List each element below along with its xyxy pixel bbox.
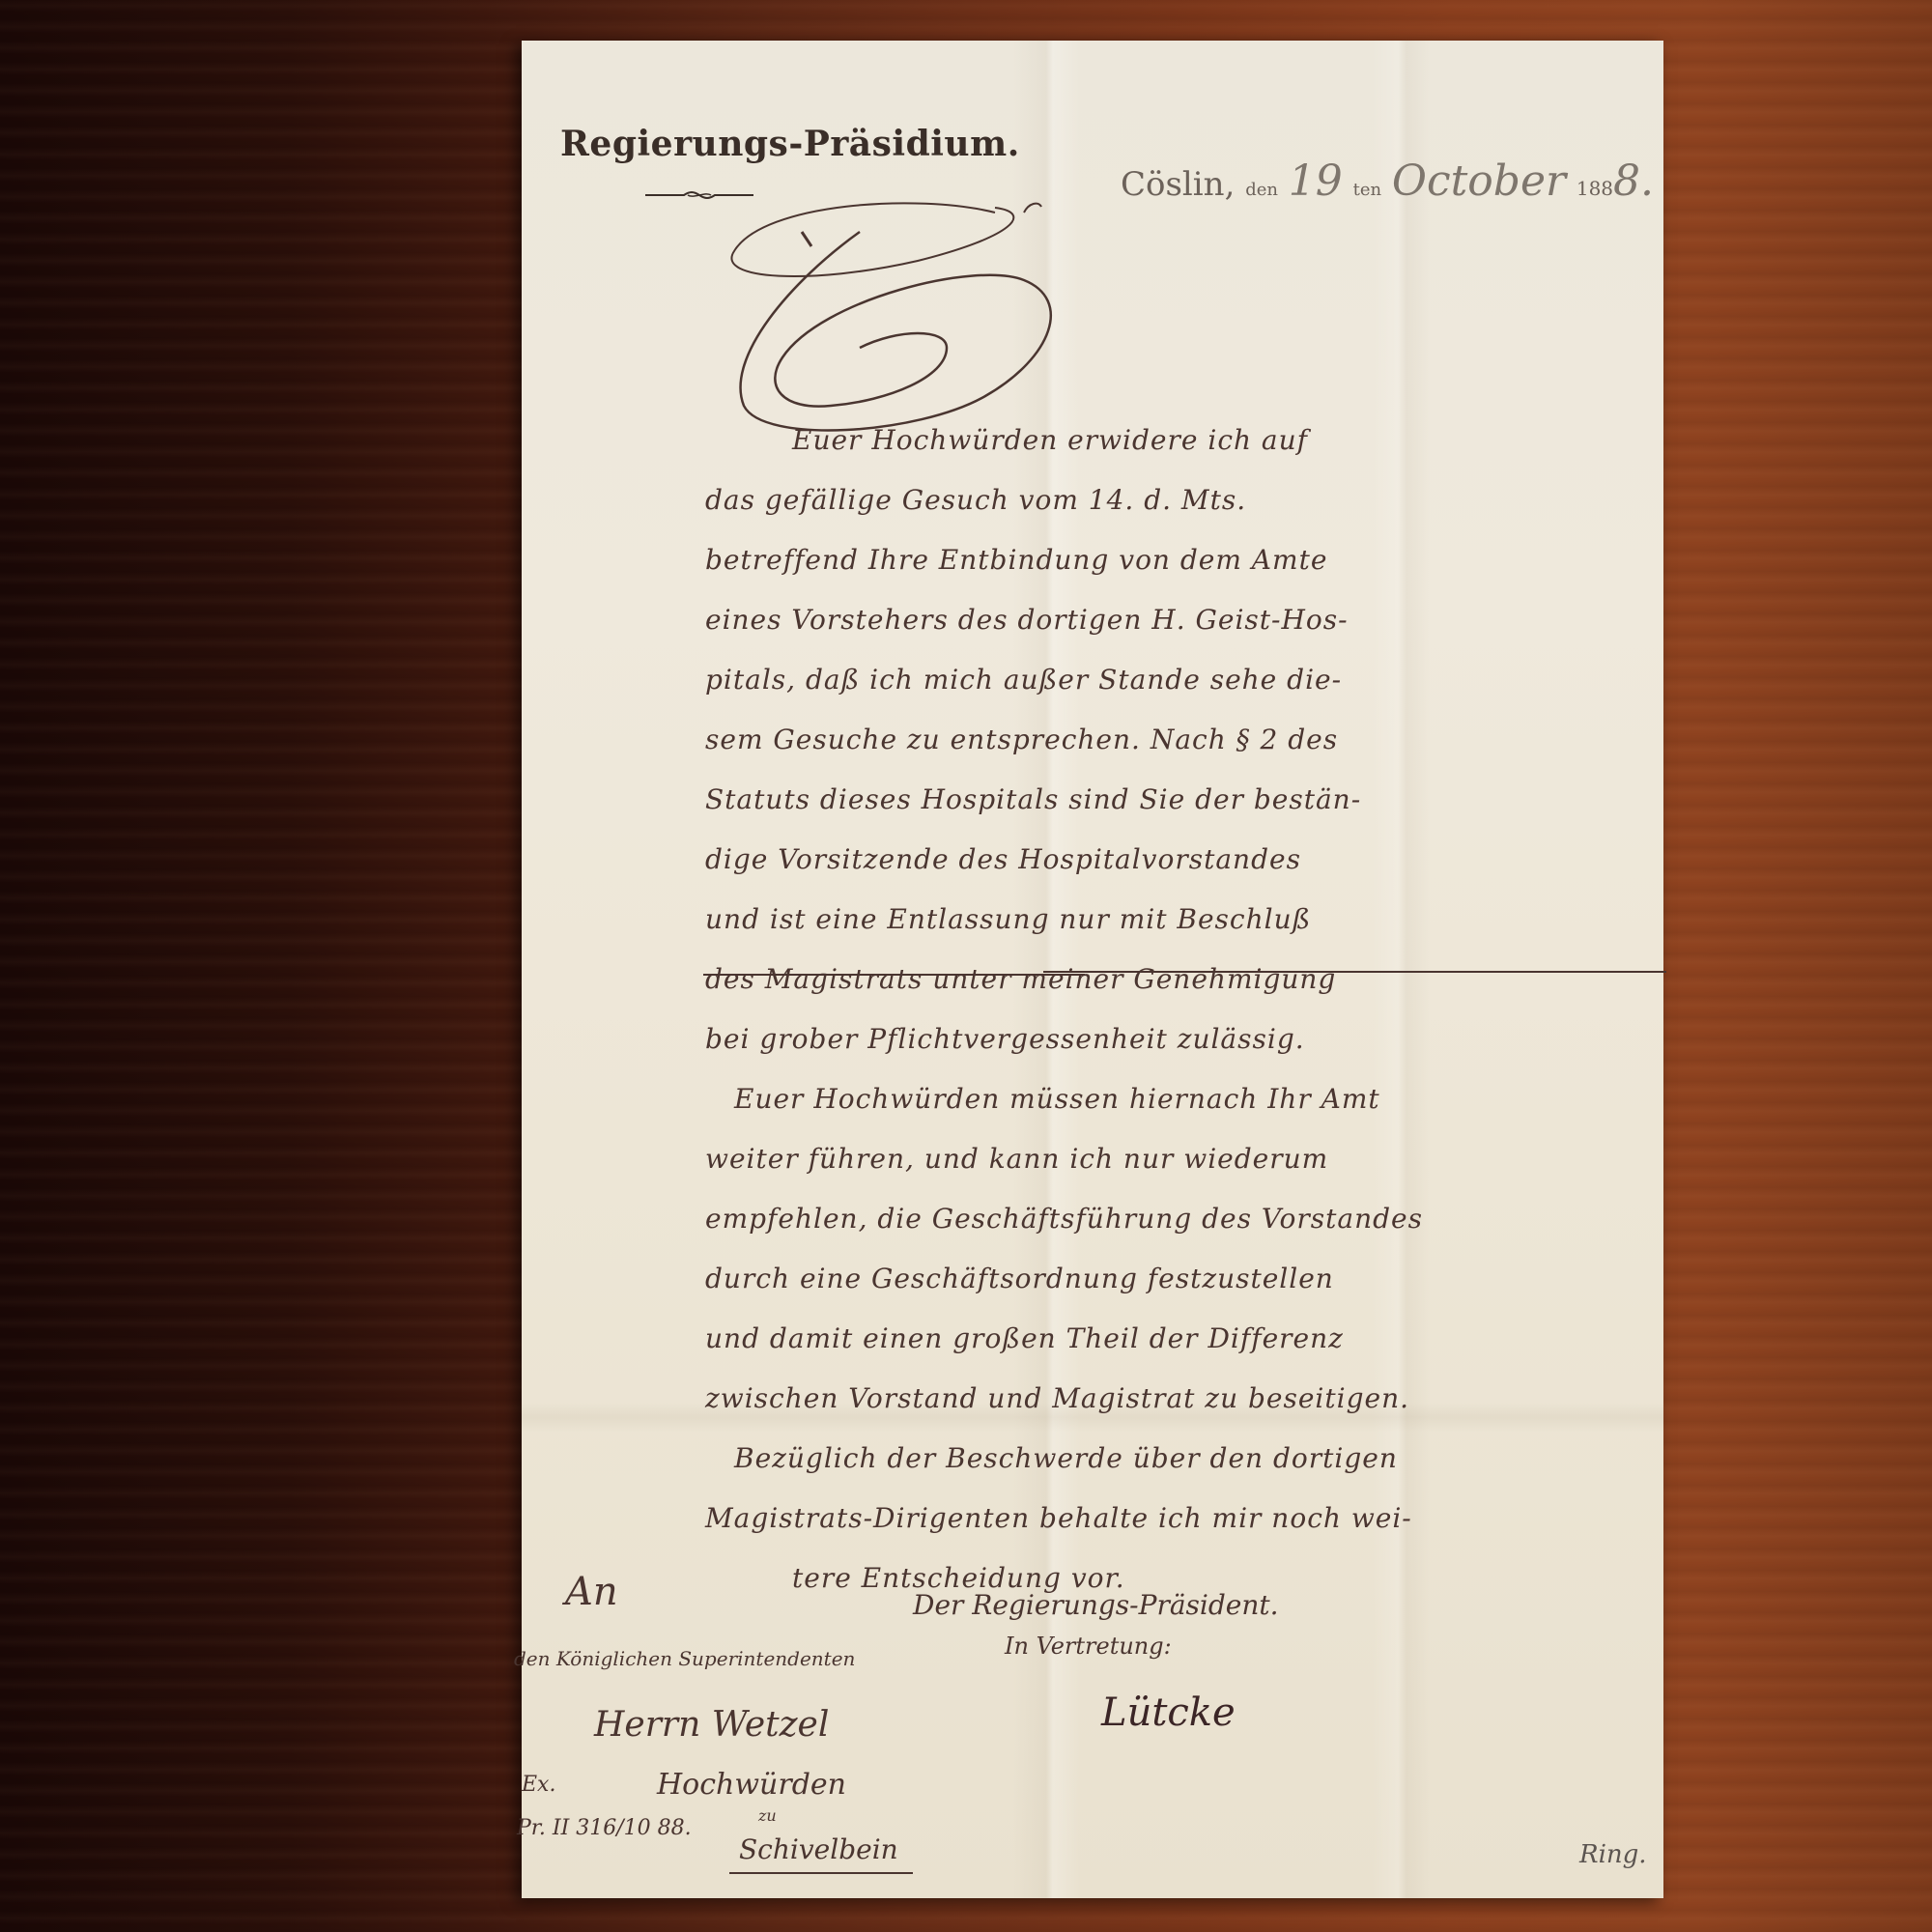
den-label: den	[1245, 180, 1278, 200]
closing-in-vertretung: In Vertretung:	[1005, 1633, 1172, 1660]
underline-stroke	[1043, 966, 1671, 978]
body-line: zwischen Vorstand und Magistrat zu besei…	[705, 1369, 1633, 1429]
letter-body: Euer Hochwürden erwidere ich auf das gef…	[705, 411, 1633, 1608]
bottom-right-annotation: Ring.	[1579, 1840, 1647, 1869]
recipient-name: Herrn Wetzel	[594, 1705, 829, 1745]
year-suffix: 8.	[1613, 156, 1654, 206]
body-line: empfehlen, die Geschäftsführung des Vors…	[705, 1189, 1633, 1249]
underline-stroke	[703, 969, 1090, 980]
place-name: Cöslin,	[1121, 165, 1235, 204]
body-line: pitals, daß ich mich außer Stande sehe d…	[705, 650, 1633, 710]
recipient-line1: den Königlichen Superintendenten	[514, 1647, 855, 1670]
underline-stroke	[729, 1869, 923, 1877]
letterhead-title: Regierungs-Präsidium.	[560, 124, 1020, 164]
body-line: Euer Hochwürden müssen hiernach Ihr Amt	[705, 1069, 1633, 1129]
body-line: Euer Hochwürden erwidere ich auf	[705, 411, 1633, 470]
body-line: dige Vorsitzende des Hospitalvorstandes	[705, 830, 1633, 890]
recipient-zu: zu	[758, 1806, 777, 1825]
body-line: betreffend Ihre Entbindung von dem Amte	[705, 530, 1633, 590]
recipient-marker: Ex.	[522, 1773, 555, 1797]
recipient-place: Schivelbein	[739, 1833, 898, 1865]
body-line: und ist eine Entlassung nur mit Beschluß	[705, 890, 1633, 950]
day-value: 19	[1289, 156, 1343, 206]
recipient-an: An	[565, 1570, 618, 1614]
body-line: eines Vorstehers des dortigen H. Geist-H…	[705, 590, 1633, 650]
ornate-initial-e-icon	[705, 193, 1111, 444]
body-line: Bezüglich der Beschwerde über den dortig…	[705, 1429, 1633, 1489]
body-line: weiter führen, und kann ich nur wiederum	[705, 1129, 1633, 1189]
closing-title: Der Regierungs-Präsident.	[913, 1589, 1279, 1621]
body-line: sem Gesuche zu entsprechen. Nach § 2 des	[705, 710, 1633, 770]
year-prefix: 188	[1577, 177, 1613, 200]
recipient-honorific: Hochwürden	[657, 1768, 846, 1802]
body-line: durch eine Geschäftsordnung festzustelle…	[705, 1249, 1633, 1309]
body-line: bei grober Pflichtvergessenheit zulässig…	[705, 1009, 1633, 1069]
ten-label: ten	[1353, 180, 1381, 200]
body-line: und damit einen großen Theil der Differe…	[705, 1309, 1633, 1369]
body-line: das gefällige Gesuch vom 14. d. Mts.	[705, 470, 1633, 530]
signature: Lütcke	[1101, 1690, 1236, 1735]
month-value: October	[1392, 156, 1566, 206]
body-line: Magistrats-Dirigenten behalte ich mir no…	[705, 1489, 1633, 1548]
dateline: Cöslin, den 19 ten October 1888.	[1121, 156, 1654, 206]
body-line: Statuts dieses Hospitals sind Sie der be…	[705, 770, 1633, 830]
file-reference: Pr. II 316/10 88.	[517, 1816, 692, 1840]
